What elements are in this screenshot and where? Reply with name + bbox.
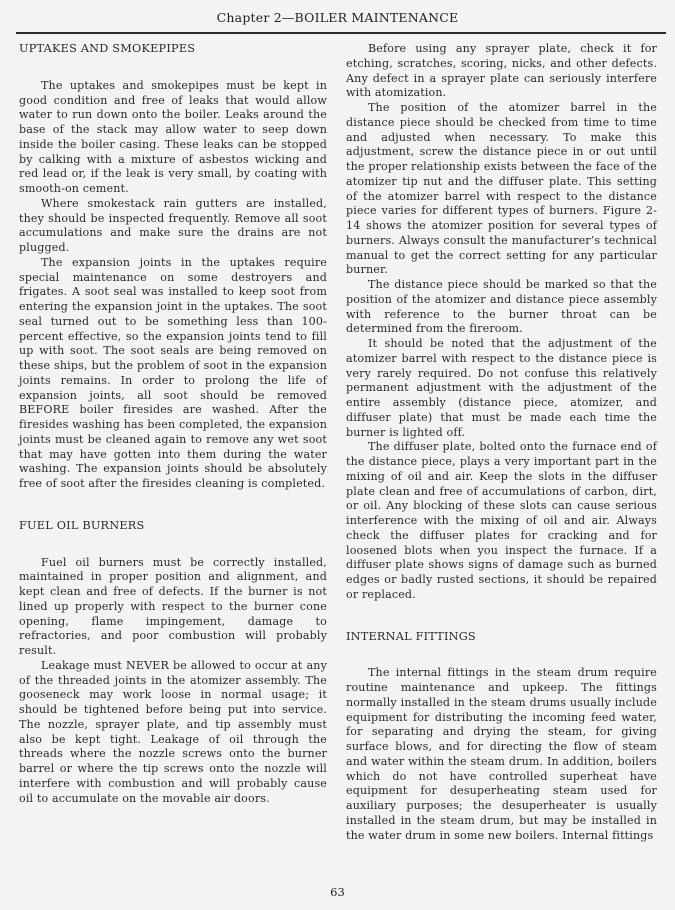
paragraph: The distance piece should be marked so t… xyxy=(346,278,657,337)
section-heading-internal-fittings: INTERNAL FITTINGS xyxy=(346,630,657,645)
paragraph: Where smokestack rain gutters are instal… xyxy=(19,197,327,256)
paragraph: The position of the atomizer barrel in t… xyxy=(346,101,657,278)
paragraph: Leakage must NEVER be allowed to occur a… xyxy=(19,659,327,807)
right-column: Before using any sprayer plate, check it… xyxy=(346,42,657,843)
section-heading-uptakes: UPTAKES AND SMOKEPIPES xyxy=(19,42,327,57)
paragraph: The expansion joints in the uptakes requ… xyxy=(19,256,327,492)
paragraph: The diffuser plate, bolted onto the furn… xyxy=(346,440,657,602)
running-header: Chapter 2—BOILER MAINTENANCE xyxy=(0,10,675,25)
paragraph: Fuel oil burners must be correctly insta… xyxy=(19,556,327,659)
header-rule xyxy=(16,32,666,34)
page-number: 63 xyxy=(0,885,675,899)
paragraph: Before using any sprayer plate, check it… xyxy=(346,42,657,101)
section-heading-fuel-oil-burners: FUEL OIL BURNERS xyxy=(19,519,327,534)
paragraph: The internal fittings in the steam drum … xyxy=(346,666,657,843)
paragraph: The uptakes and smokepipes must be kept … xyxy=(19,79,327,197)
left-column: UPTAKES AND SMOKEPIPES The uptakes and s… xyxy=(19,42,327,806)
paragraph: It should be noted that the adjustment o… xyxy=(346,337,657,440)
